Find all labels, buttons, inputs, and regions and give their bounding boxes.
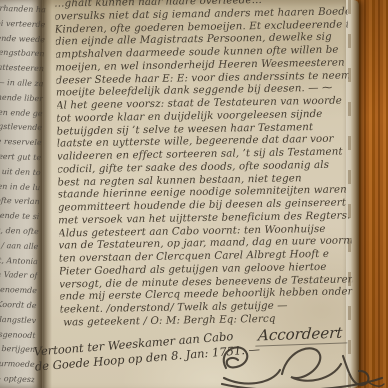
margin-text-fragment: leven in de lu	[0, 178, 40, 195]
margin-text-fragment: de na genoemde	[0, 282, 37, 299]
margin-text-fragment: all uurmoede	[0, 356, 35, 373]
margin-text-fragment: altes uit den to	[0, 164, 41, 181]
handwritten-text-block: …ghalt kunnen naar haare overleede… over…	[55, 0, 353, 329]
margin-text-fragment: mits / aan alle	[0, 238, 39, 255]
margin-text-fragment: niet, Antonia	[0, 252, 38, 269]
margin-text-fragment: woordt, den ofte	[0, 223, 39, 240]
margin-text-fragment: iden ende te si	[0, 208, 40, 225]
margin-text-fragment: worden — optgesz	[0, 371, 34, 388]
margin-text-fragment: van Vader of	[0, 267, 38, 284]
signature-flourish	[220, 338, 386, 388]
margin-text-fragment: het, ofte verlan	[0, 193, 40, 210]
binding-gutter-shadow	[36, 0, 52, 388]
margin-text-fragment: den langstlev	[0, 312, 36, 329]
margin-text-fragment: n beKoordt de	[0, 297, 37, 314]
manuscript-photo: voorhanden hate bi verteerdeerve ende we…	[0, 0, 388, 388]
margin-text-fragment: me huisgenoodt	[0, 326, 36, 343]
margin-text-fragment: dagte berijgen	[0, 341, 35, 358]
